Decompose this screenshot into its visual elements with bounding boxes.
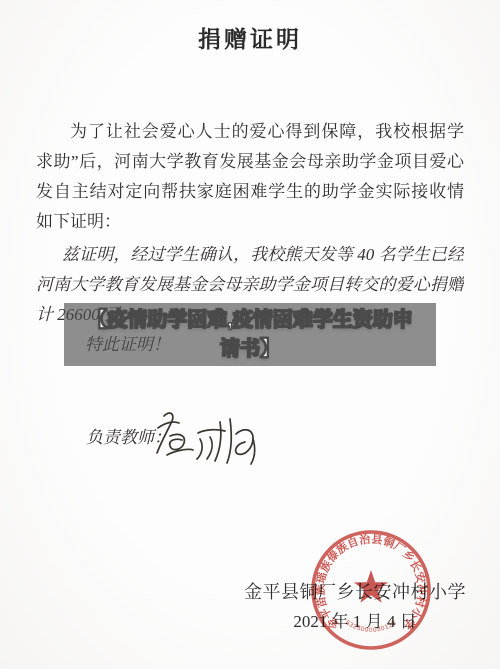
caption-overlay-banner: 【疫情助学困难,疫情困难学生资助申 请书】 (64, 303, 436, 366)
caption-line: 请书】 (64, 335, 436, 364)
svg-text:5325000030123: 5325000030123 (344, 619, 398, 633)
seal-serial-number: 5325000030123 (344, 619, 398, 633)
paragraph-1-line: 为了让社会爱心人士的爱心得到保障，我校根据学生“自主 (36, 117, 464, 147)
caption-line: 【疫情助学困难,疫情困难学生资助申 (64, 306, 436, 335)
paragraph-1: 为了让社会爱心人士的爱心得到保障，我校根据学生“自主 求助”后，河南大学教育发展… (36, 117, 464, 237)
paragraph-1-line: 如下证明： (36, 207, 464, 237)
paragraph-1-line: 求助”后，河南大学教育发展基金会母亲助学金项目爱心人士自 (36, 147, 464, 177)
official-red-seal: 金平苗族瑶族傣族自治县铜厂乡长安冲村小学 5325000030123 (305, 524, 437, 656)
document-title: 捐赠证明 (0, 21, 500, 54)
paragraph-2-line: 兹证明，经过学生确认，我校熊天发等 40 名学生已经收到 (36, 240, 464, 270)
paragraph-2-line: 河南大学教育发展基金会母亲助学金项目转交的爱心捐赠款总 (36, 270, 464, 300)
paragraph-1-line: 发自主结对定向帮扶家庭困难学生的助学金实际接收情况，特作 (36, 177, 464, 207)
document-photo: 捐赠证明 为了让社会爱心人士的爱心得到保障，我校根据学生“自主 求助”后，河南大… (0, 0, 500, 669)
seal-star-icon (354, 570, 388, 603)
handwritten-signature (148, 406, 263, 470)
